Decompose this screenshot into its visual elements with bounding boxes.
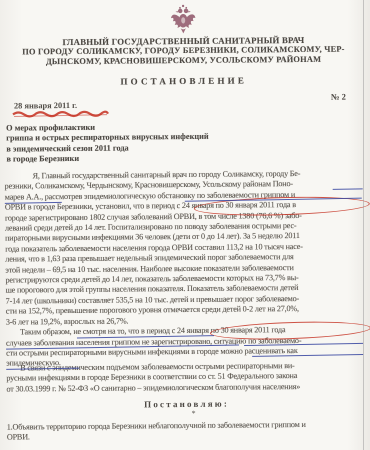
document-subject: О мерах профилактики гриппа и острых рес… xyxy=(6,122,209,165)
legal-basis-paragraph: В связи с эпидемическим подъемом заболев… xyxy=(6,360,368,394)
resolution-heading: Постановляю: xyxy=(2,397,370,410)
scan-edge-artifact xyxy=(363,0,365,450)
subject-line: в городе Березники xyxy=(6,153,209,165)
coat-of-arms-icon xyxy=(170,3,197,35)
document-content: ГЛАВНЫЙ ГОСУДАРСТВЕННЫЙ САНИТАРНЫЙ ВРАЧ … xyxy=(0,0,370,450)
red-wavy-underline-annotation xyxy=(11,109,111,120)
resolution-items: 1.Объявить территорию города Березники н… xyxy=(7,419,369,443)
legal-line: от 30.03.1999 г. № 52-ФЗ «О санитарно – … xyxy=(6,381,368,395)
document-type-title: ПОСТАНОВЛЕНИЕ xyxy=(0,74,369,87)
asterisk-mark: * xyxy=(192,409,196,418)
document-number: № 2 xyxy=(331,92,346,102)
authority-title-line3: ДЫНСКОМУ, КРАСНОВИШЕРСКОМУ, УСОЛЬСКОМУ Р… xyxy=(0,54,369,67)
issuing-authority-header: ГЛАВНЫЙ ГОСУДАРСТВЕННЫЙ САНИТАРНЫЙ ВРАЧ … xyxy=(0,34,369,67)
subject-line: гриппа и острых респираторных вирусных и… xyxy=(6,132,209,144)
scanned-document-page: ГЛАВНЫЙ ГОСУДАРСТВЕННЫЙ САНИТАРНЫЙ ВРАЧ … xyxy=(0,0,370,450)
